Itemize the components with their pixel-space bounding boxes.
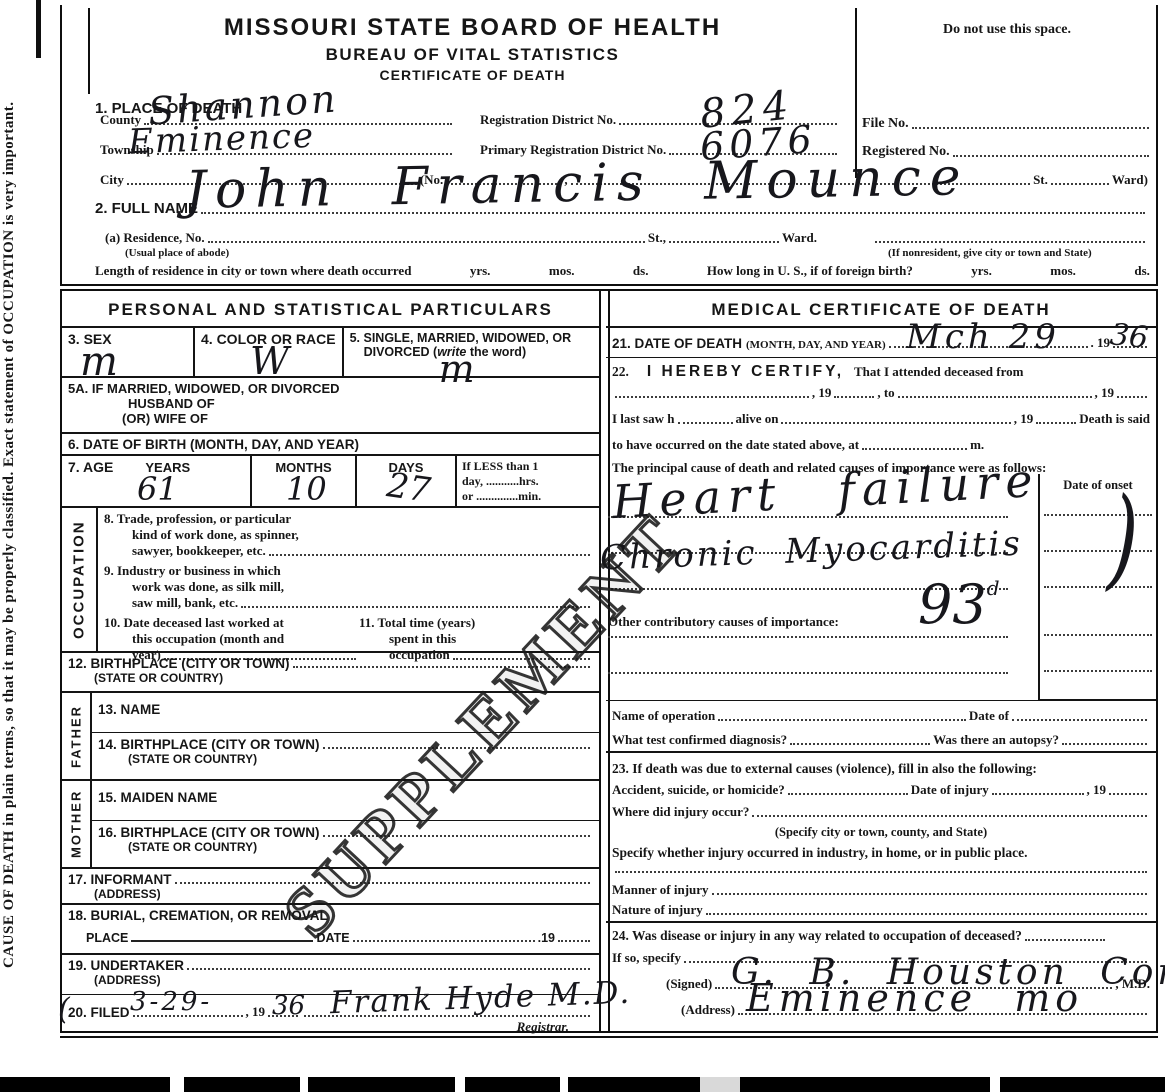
manner-label: Manner of injury: [612, 882, 709, 898]
length-label: Length of residence in city or town wher…: [95, 263, 411, 279]
q23-row: 23. If death was due to external causes …: [606, 753, 1156, 777]
name-of-operation-row: Name of operation Date of: [606, 701, 1156, 727]
contributory-number: 93: [918, 573, 987, 636]
age-days-cell: DAYS 27: [355, 456, 455, 506]
ifso-label: If so, specify: [612, 950, 681, 966]
full-name-handwriting: John Francis Mounce: [185, 151, 970, 217]
filed-19-label: , 19: [246, 1004, 266, 1020]
dotted-line: [1012, 717, 1147, 721]
residence-row: (a) Residence, No. St., Ward.: [105, 230, 1148, 246]
age-years-cell: 7. AGE YEARS 61: [62, 456, 250, 506]
occ-9b: work was done, as silk mill,: [132, 579, 593, 595]
burial-19-label: .19: [538, 931, 555, 945]
full-name-label: 2. FULL NAME: [95, 200, 198, 217]
occupation-side-label: OCCUPATION: [62, 508, 98, 651]
to-19-label: , 19: [1095, 385, 1115, 401]
ds-label: ds.: [633, 263, 649, 279]
occ-8-row: 8. Trade, profession, or particular: [104, 511, 593, 527]
residence-label: (a) Residence, No.: [105, 230, 205, 246]
occ-8a: 8. Trade, profession, or particular: [104, 511, 291, 527]
yrs-label: yrs.: [971, 263, 992, 279]
burial-place-label: PLACE: [86, 931, 128, 945]
accident-c: , 19: [1087, 782, 1107, 798]
dotted-line: [706, 911, 1147, 915]
dotted-line: [1109, 791, 1147, 795]
dotted-line: [1044, 634, 1152, 636]
informant-label: 17. INFORMANT: [68, 872, 172, 887]
filed-year-handwriting: 36: [272, 993, 305, 1019]
blank-dotted-row: [606, 865, 1156, 879]
stray-pen-mark: (: [58, 995, 70, 1025]
margin-note: CAUSE OF DEATH in plain terms, so that i…: [1, 28, 27, 1042]
dotted-line: [752, 813, 1147, 817]
filed-date-handwriting: 3-29-: [130, 989, 212, 1015]
lastsaw-b: alive on: [736, 411, 779, 427]
death-certificate-scan: CAUSE OF DEATH in plain terms, so that i…: [0, 0, 1165, 1092]
from-19-label: , 19: [812, 385, 832, 401]
certify-row: 22. I HEREBY CERTIFY, That I attended de…: [606, 358, 1156, 378]
certify-number: 22.: [612, 364, 629, 379]
father-bp-label: 14. BIRTHPLACE (CITY OR TOWN): [98, 737, 320, 752]
specify-city-row: (Specify city or town, county, and State…: [606, 823, 1156, 841]
mother-maiden-label: 15. MAIDEN NAME: [98, 790, 217, 805]
scan-edge-bar: [0, 1077, 1165, 1092]
dotted-line: [1062, 741, 1147, 745]
address-row: (Address) Eminence mo: [606, 995, 1156, 1021]
bp12-label: 12. BIRTHPLACE (CITY OR TOWN): [68, 656, 290, 671]
specify-city-label: (Specify city or town, county, and State…: [775, 825, 987, 839]
dotted-line: [781, 420, 1010, 424]
occ-9a: 9. Industry or business in which: [104, 563, 593, 579]
dotted-line: [912, 125, 1149, 129]
medical-certificate-column: MEDICAL CERTIFICATE OF DEATH 21. DATE OF…: [606, 291, 1156, 1021]
lastsaw-c: , 19: [1014, 411, 1034, 427]
physician-address-handwriting: Eminence mo: [746, 979, 1083, 1017]
less3: or ..............min.: [462, 489, 594, 504]
dotted-line: [208, 239, 645, 243]
sex-race-marital-row: 3. SEX m 4. COLOR OR RACE W 5. SINGLE, M…: [62, 328, 599, 378]
age-row: 7. AGE YEARS 61 MONTHS 10 DAYS 27 If LES…: [62, 456, 599, 508]
color-race-cell: 4. COLOR OR RACE W: [193, 328, 342, 376]
dod-label: 21. DATE OF DEATH: [612, 336, 742, 351]
city-ward-label: Ward): [1112, 172, 1148, 188]
do-not-use-label: Do not use this space.: [862, 22, 1152, 38]
q23-label: 23. If death was due to external causes …: [612, 761, 1037, 776]
dotted-line: [1051, 181, 1109, 185]
residence-ward-label: Ward.: [782, 230, 817, 246]
dotted-line: [269, 552, 590, 556]
accident-b: Date of injury: [911, 782, 989, 798]
scan-artifact: [36, 0, 41, 58]
filed-label: 20. FILED: [68, 1005, 130, 1020]
mother-bp-label: 16. BIRTHPLACE (CITY OR TOWN): [98, 825, 320, 840]
nature-of-injury-row: Nature of injury: [606, 901, 1156, 923]
scan-gap: [700, 1077, 740, 1092]
dod-line: 21. DATE OF DEATH (MONTH, DAY, AND YEAR)…: [612, 335, 1150, 351]
scan-gap: [300, 1077, 308, 1092]
cause-of-death-area: Date of onset ) Other contributory cause…: [606, 476, 1156, 701]
dotted-line: [1036, 420, 1076, 424]
occurred-b: m.: [970, 437, 984, 453]
dotted-line: [615, 869, 1147, 873]
age-label: 7. AGE: [68, 459, 113, 475]
occ-8c-row: sawyer, bookkeeper, etc.: [132, 543, 593, 559]
occ-8c: sawyer, bookkeeper, etc.: [132, 543, 266, 559]
marital-cell: 5. SINGLE, MARRIED, WIDOWED, OR DIVORCED…: [342, 328, 599, 376]
sex-cell: 3. SEX m: [62, 328, 193, 376]
test-b: Was there an autopsy?: [933, 732, 1059, 748]
howlong-label: How long in U. S., if of foreign birth?: [707, 263, 913, 279]
dotted-line: [187, 966, 590, 970]
sex-value-handwriting: m: [80, 342, 118, 382]
occ-10a: 10. Date deceased last worked at: [104, 615, 359, 631]
dotted-line: [788, 791, 908, 795]
dotted-line: [898, 394, 1092, 398]
father-side-label: FATHER: [62, 693, 92, 779]
dod-paren-label: (MONTH, DAY, AND YEAR): [746, 339, 886, 351]
less1: If LESS than 1: [462, 459, 594, 474]
dotted-line: [1025, 937, 1105, 941]
father-bp-state-label: (STATE OR COUNTRY): [128, 752, 593, 766]
dotted-line: [615, 394, 809, 398]
other-contributory-label: Other contributory causes of importance:: [608, 614, 839, 630]
nameop-b: Date of: [969, 708, 1009, 724]
marital-line1: 5. SINGLE, MARRIED, WIDOWED, OR: [350, 331, 593, 345]
certify-rest-label: That I attended deceased from: [854, 364, 1023, 379]
manner-of-injury-row: Manner of injury: [606, 879, 1156, 901]
color-race-value-handwriting: W: [250, 342, 289, 380]
dotted-line: [834, 394, 874, 398]
dotted-line: [862, 446, 967, 450]
q24-label: 24. Was disease or injury in any way rel…: [612, 928, 1022, 944]
specify-industry-label: Specify whether injury occurred in indus…: [612, 845, 1028, 860]
medical-certificate-header: MEDICAL CERTIFICATE OF DEATH: [606, 291, 1156, 328]
mid-horizontal-rule: [60, 284, 1158, 291]
form-right-border: [1156, 5, 1158, 1036]
contributory-handwriting: 93d: [918, 578, 1000, 632]
last-saw-row: I last saw h alive on , 19 Death is said: [606, 404, 1156, 430]
date-of-birth-row: 6. DATE OF BIRTH (MONTH, DAY, AND YEAR): [62, 434, 599, 456]
test-autopsy-row: What test confirmed diagnosis? Was there…: [606, 727, 1156, 753]
age-months-cell: MONTHS 10: [250, 456, 355, 506]
where-injury-row: Where did injury occur?: [606, 801, 1156, 823]
if-married-line1: 5A. IF MARRIED, WIDOWED, OR DIVORCED: [68, 381, 593, 396]
to-label: , to: [877, 385, 894, 401]
nameop-a: Name of operation: [612, 708, 715, 724]
father-name-label: 13. NAME: [98, 702, 160, 717]
title-line3: CERTIFICATE OF DEATH: [90, 67, 855, 83]
date-of-death-handwriting: Mch 29: [906, 320, 1060, 354]
death-year-handwriting: 36: [1108, 320, 1149, 354]
occ-9c: saw mill, bank, etc.: [132, 595, 238, 611]
dotted-line: [678, 420, 733, 424]
title-line1: MISSOURI STATE BOARD OF HEALTH: [90, 14, 855, 42]
husband-of-label: HUSBAND OF: [128, 396, 593, 411]
date-of-death-row: 21. DATE OF DEATH (MONTH, DAY, AND YEAR)…: [606, 328, 1156, 358]
abode-caption: (Usual place of abode): [125, 247, 229, 259]
onset-brace-handwriting: ): [1107, 482, 1141, 596]
age-years-handwriting: 61: [137, 473, 178, 505]
marital-line2: DIVORCED (write the word): [364, 345, 593, 359]
dotted-line: [1044, 670, 1152, 672]
title-line2: BUREAU OF VITAL STATISTICS: [90, 45, 855, 65]
dod-19-label: . 19: [1091, 335, 1111, 351]
filed-block: 20. FILED , 19 Registrar. ( 3-29- 36 Fra…: [62, 995, 599, 1035]
nonresident-caption: (If nonresident, give city or town and S…: [888, 247, 1092, 259]
contributory-superscript: d: [987, 576, 1000, 600]
ds-label: ds.: [1134, 263, 1150, 279]
length-of-residence-row: Length of residence in city or town wher…: [95, 263, 1150, 279]
age-months-handwriting: 10: [286, 473, 327, 505]
file-no-label: File No.: [862, 116, 909, 132]
less-than-one-day-cell: If LESS than 1 day, ...........hrs. or .…: [455, 456, 599, 506]
accident-a: Accident, suicide, or homicide?: [612, 782, 785, 798]
file-no-row: File No.: [862, 116, 1152, 132]
township-value-handwriting: Eminence: [127, 119, 315, 160]
scan-gap: [455, 1077, 465, 1092]
mos-label: mos.: [549, 263, 575, 279]
occ-10b: this occupation (month and: [132, 631, 359, 647]
yrs-label: yrs.: [470, 263, 491, 279]
marital-value-handwriting: m: [439, 350, 475, 388]
city-st-label: St.: [1033, 172, 1048, 188]
dotted-line: [669, 239, 779, 243]
signed-label: (Signed): [666, 976, 712, 992]
occurred-row: to have occurred on the date stated abov…: [606, 430, 1156, 456]
mother-side-label: MOTHER: [62, 781, 92, 867]
where-label: Where did injury occur?: [612, 804, 749, 820]
lastsaw-d: Death is said: [1079, 411, 1150, 427]
dotted-line: [608, 672, 1008, 674]
dotted-line: [875, 239, 1145, 243]
mos-label: mos.: [1050, 263, 1076, 279]
marital-line2b: the word): [466, 345, 526, 359]
test-a: What test confirmed diagnosis?: [612, 732, 787, 748]
office-use-box: Do not use this space. File No. Register…: [862, 22, 1152, 160]
date-of-onset-box: Date of onset ): [1038, 474, 1156, 701]
undertaker-label: 19. UNDERTAKER: [68, 958, 184, 973]
personal-particulars-header: PERSONAL AND STATISTICAL PARTICULARS: [62, 291, 599, 328]
dotted-line: [353, 938, 535, 942]
less2: day, ...........hrs.: [462, 474, 594, 489]
nature-label: Nature of injury: [612, 902, 703, 918]
solid-line: [131, 938, 313, 942]
dotted-line: [712, 891, 1147, 895]
form-header: MISSOURI STATE BOARD OF HEALTH BUREAU OF…: [90, 14, 855, 83]
dotted-line: [718, 717, 966, 721]
q24-row: 24. Was disease or injury in any way rel…: [606, 923, 1156, 947]
dotted-line: [558, 938, 590, 942]
attended-from-row: , 19 , to , 19: [606, 378, 1156, 404]
registration-district-label: Registration District No.: [480, 112, 616, 128]
occ-9c-row: saw mill, bank, etc.: [132, 595, 593, 611]
occ-8b: kind of work done, as spinner,: [132, 527, 593, 543]
age-days-handwriting: 27: [385, 468, 433, 508]
if-married-block: 5A. IF MARRIED, WIDOWED, OR DIVORCED HUS…: [62, 378, 599, 434]
scan-gap: [560, 1077, 568, 1092]
wife-of-label: (OR) WIFE OF: [122, 411, 593, 426]
marital-line2a: DIVORCED (: [364, 345, 438, 359]
residence-st-label: St.,: [648, 230, 666, 246]
lastsaw-a: I last saw h: [612, 411, 675, 427]
dotted-line: [1117, 394, 1147, 398]
specify-industry-row: Specify whether injury occurred in indus…: [606, 841, 1156, 865]
registrar-label: Registrar.: [517, 1019, 569, 1035]
address-label: (Address): [681, 1002, 735, 1018]
scan-gap: [170, 1077, 184, 1092]
dotted-line: [953, 153, 1149, 157]
dotted-line: [241, 604, 590, 608]
accident-row: Accident, suicide, or homicide? Date of …: [606, 777, 1156, 801]
scan-gap: [990, 1077, 1000, 1092]
dotted-line: [790, 741, 930, 745]
city-label: City: [100, 172, 124, 188]
dotted-line: [992, 791, 1084, 795]
dotted-line: [608, 636, 1008, 638]
occurred-a: to have occurred on the date stated abov…: [612, 437, 859, 453]
undertaker-row: 19. UNDERTAKER: [68, 958, 593, 973]
